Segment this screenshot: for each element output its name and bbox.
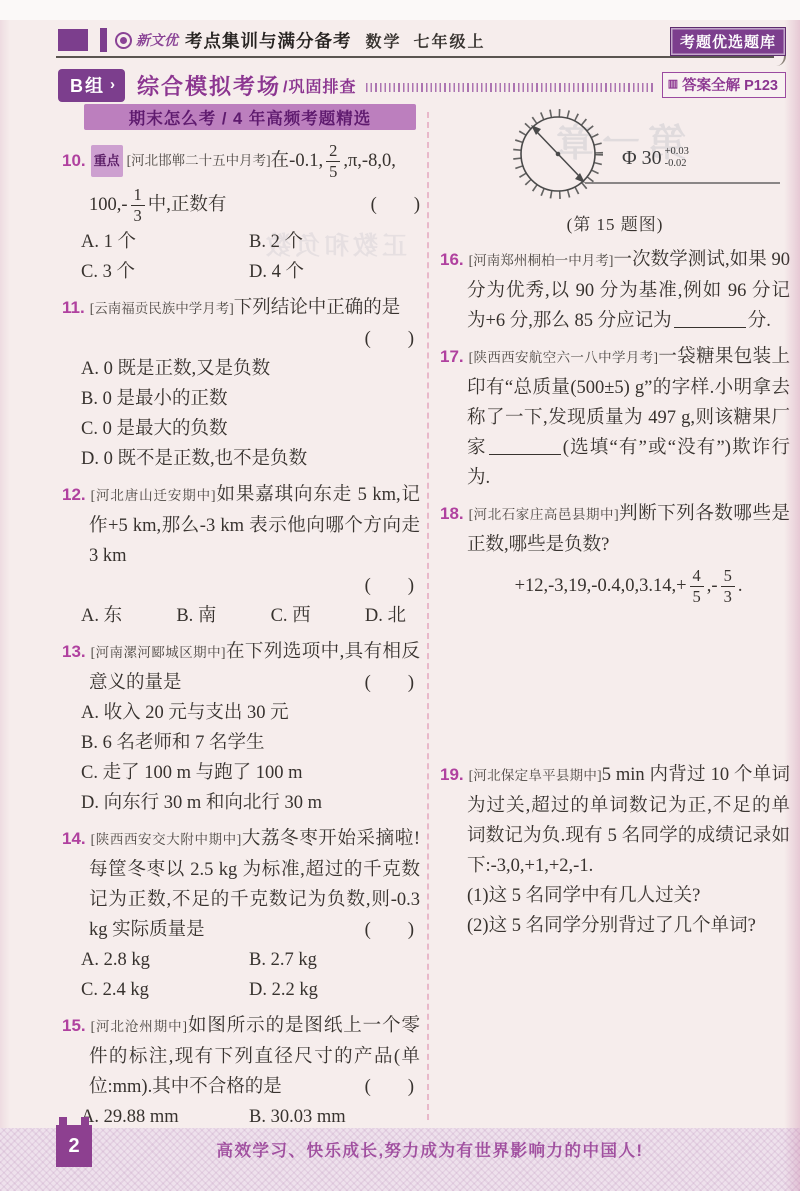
option: A. 1 个 xyxy=(81,227,249,257)
chevron-right-icon: › xyxy=(110,76,115,93)
math-text: ,- xyxy=(707,571,718,601)
question-source: [陕西西安交大附中期中] xyxy=(91,832,242,847)
question-text: 10. 重点 [河北邯郸二十五中月考] 在-0.1, 25 ,π,-8,0, xyxy=(89,139,420,183)
option: C. 西 xyxy=(271,601,311,631)
question-number: 10. xyxy=(62,146,86,176)
option: B. 6 名老师和 7 名学生 xyxy=(81,728,420,758)
brand-logo-icon xyxy=(115,32,132,49)
answer-paren: ( ) xyxy=(365,668,420,698)
fraction: 13 xyxy=(131,186,145,224)
option: A. 0 既是正数,又是负数 xyxy=(81,354,420,384)
question-16: 16.[河南郑州桐柏一中月考]一次数学测试,如果 90 分为优秀,以 90 分为… xyxy=(440,245,790,336)
math-text: . xyxy=(738,571,743,601)
section-title: 综合模拟考场 xyxy=(137,70,281,101)
option: A. 2.8 kg xyxy=(81,945,249,975)
option: D. 向东行 30 m 和向北行 30 m xyxy=(81,788,420,818)
option: C. 0 是最大的负数 xyxy=(81,414,420,444)
answer-paren: ( ) xyxy=(365,1072,420,1102)
grade-label: 七年级上 xyxy=(414,29,486,52)
option: A. 东 xyxy=(81,601,122,631)
options: A. 东 B. 南 C. 西 D. 北 xyxy=(81,601,420,631)
question-text: 17.[陕西西安航空六一八中学月考]一袋糖果包装上印有“总质量(500±5) g… xyxy=(467,342,790,493)
options: A. 收入 20 元与支出 30 元 B. 6 名老师和 7 名学生 C. 走了… xyxy=(81,698,420,818)
options: A. 2.8 kg B. 2.7 kg C. 2.4 kg D. 2.2 kg xyxy=(81,945,420,1005)
page-top-margin xyxy=(0,0,800,20)
exam-topic-bar: 期末怎么考 / 4 年高频考题精选 xyxy=(84,104,416,130)
question-number: 12. xyxy=(62,485,86,504)
options: A. 1 个 B. 2 个 C. 3 个 D. 4 个 xyxy=(81,227,420,287)
left-column: 10. 重点 [河北邯郸二十五中月考] 在-0.1, 25 ,π,-8,0, 1… xyxy=(62,139,420,1168)
question-source: [河北沧州期中] xyxy=(91,1019,187,1034)
question-text: 18.[河北石家庄高邑县期中]判断下列各数哪些是正数,哪些是负数? xyxy=(467,499,790,560)
question-10: 10. 重点 [河北邯郸二十五中月考] 在-0.1, 25 ,π,-8,0, 1… xyxy=(62,139,420,287)
question-body: 下列结论中正确的是 xyxy=(234,298,401,318)
question-number: 19. xyxy=(440,765,464,784)
question-body: 中,正数有 xyxy=(148,190,227,220)
diameter-value: Φ 30 xyxy=(622,147,662,170)
page-header: 新文优 考点集训与满分备考 数学 七年级上 考题优选题库 xyxy=(58,27,786,53)
question-number: 16. xyxy=(440,250,464,269)
diameter-label: Φ 30 +0.03 -0.02 xyxy=(622,146,689,170)
corner-badge: 考题优选题库 xyxy=(670,27,786,56)
question-source: [云南福贡民族中学月考] xyxy=(90,301,234,316)
number-list: +12,-3,19,-0.4,0,3.14,+ 45 ,- 53 . xyxy=(467,560,790,612)
question-body: 在-0.1, xyxy=(271,146,323,176)
key-point-badge: 重点 xyxy=(91,145,123,177)
sub-question: (1)这 5 名同学中有几人过关? xyxy=(467,881,790,911)
section-subtitle: /巩固排查 xyxy=(283,74,356,97)
footer-slogan: 高效学习、快乐成长,努力成为有世界影响力的中国人! xyxy=(60,1137,800,1161)
option: C. 2.4 kg xyxy=(81,975,249,1005)
question-source: [河北唐山迁安期中] xyxy=(91,488,216,503)
fraction: 25 xyxy=(326,142,340,180)
question-text: 12.[河北唐山迁安期中]如果嘉琪向东走 5 km,记作+5 km,那么-3 k… xyxy=(89,480,420,571)
option: B. 南 xyxy=(176,601,216,631)
answer-ref-label: 答案全解 P123 xyxy=(682,74,778,95)
question-text: 100,- 13 中,正数有 ( ) xyxy=(89,183,420,227)
question-11: 11.[云南福贡民族中学月考]下列结论中正确的是 ( ) A. 0 既是正数,又… xyxy=(62,293,420,474)
answer-blank xyxy=(674,313,746,328)
subject-label: 数学 xyxy=(366,29,402,52)
tolerance-lower: -0.02 xyxy=(665,158,689,170)
tolerance-upper: +0.03 xyxy=(665,146,689,158)
fraction: 45 xyxy=(690,567,704,605)
question-18: 18.[河北石家庄高邑县期中]判断下列各数哪些是正数,哪些是负数? +12,-3… xyxy=(440,499,790,612)
section-header: B组 › 综合模拟考场 /巩固排查 ▥ 答案全解 P123 xyxy=(58,69,786,101)
tolerance-values: +0.03 -0.02 xyxy=(665,146,689,170)
header-rule xyxy=(56,56,774,58)
option: D. 北 xyxy=(365,601,406,631)
answer-reference-box: ▥ 答案全解 P123 xyxy=(662,72,786,98)
question-body: 100,- xyxy=(89,190,128,220)
question-text: 11.[云南福贡民族中学月考]下列结论中正确的是 xyxy=(89,293,420,324)
option: C. 3 个 xyxy=(81,257,249,287)
answer-paren: ( ) xyxy=(371,190,420,220)
page-footer: 2 高效学习、快乐成长,努力成为有世界影响力的中国人! xyxy=(0,1128,800,1191)
answer-paren: ( ) xyxy=(89,324,420,354)
question-text: 19.[河北保定阜平县期中]5 min 内背过 10 个单词为过关,超过的单词数… xyxy=(467,760,790,881)
question-number: 11. xyxy=(62,298,85,317)
figure-caption: (第 15 题图) xyxy=(440,210,790,235)
options: A. 0 既是正数,又是负数 B. 0 是最小的正数 C. 0 是最大的负数 D… xyxy=(81,354,420,474)
question-source: [河北保定阜平县期中] xyxy=(469,768,602,783)
part-diameter-figure: Φ 30 +0.03 -0.02 xyxy=(440,100,788,208)
question-17: 17.[陕西西安航空六一八中学月考]一袋糖果包装上印有“总质量(500±5) g… xyxy=(440,342,790,493)
page-edge-shading-right xyxy=(784,20,800,1191)
fraction: 53 xyxy=(721,567,735,605)
question-text: 16.[河南郑州桐柏一中月考]一次数学测试,如果 90 分为优秀,以 90 分为… xyxy=(467,245,790,336)
header-square-decoration xyxy=(58,29,88,51)
option: B. 0 是最小的正数 xyxy=(81,384,420,414)
question-body: 分. xyxy=(748,311,771,331)
question-source: [河北石家庄高邑县期中] xyxy=(469,507,619,522)
group-badge-label: B组 xyxy=(70,72,105,98)
question-source: [河北邯郸二十五中月考] xyxy=(127,146,271,176)
group-badge: B组 › xyxy=(58,69,125,102)
question-number: 15. xyxy=(62,1016,86,1035)
option: D. 2.2 kg xyxy=(249,975,420,1005)
option: B. 2.7 kg xyxy=(249,945,420,975)
question-source: [河南漯河郾城区期中] xyxy=(91,645,226,660)
question-text: 13.[河南漯河郾城区期中]在下列选项中,具有相反意义的量是( ) xyxy=(89,637,420,698)
question-source: [河南郑州桐柏一中月考] xyxy=(469,253,614,268)
math-text: +12,-3,19,-0.4,0,3.14,+ xyxy=(515,571,687,601)
question-12: 12.[河北唐山迁安期中]如果嘉琪向东走 5 km,记作+5 km,那么-3 k… xyxy=(62,480,420,631)
option: D. 4 个 xyxy=(249,257,420,287)
question-text: 14.[陕西西安交大附中期中]大荔冬枣开始采摘啦! 每筐冬枣以 2.5 kg 为… xyxy=(89,824,420,945)
right-column: Φ 30 +0.03 -0.02 (第 15 题图) 16.[河南郑州桐柏一中月… xyxy=(440,100,790,947)
workbook-page: 新文优 考点集训与满分备考 数学 七年级上 考题优选题库 B组 › 综合模拟考场… xyxy=(0,0,800,1191)
sub-question: (2)这 5 名同学分别背过了几个单词? xyxy=(467,911,790,941)
brand-name: 新文优 xyxy=(136,30,178,50)
question-text: 15.[河北沧州期中]如图所示的是图纸上一个零件的标注,现有下列直径尺寸的产品(… xyxy=(89,1011,420,1102)
column-divider xyxy=(427,112,429,1120)
option: A. 收入 20 元与支出 30 元 xyxy=(81,698,420,728)
series-title: 考点集训与满分备考 xyxy=(185,28,352,53)
question-13: 13.[河南漯河郾城区期中]在下列选项中,具有相反意义的量是( ) A. 收入 … xyxy=(62,637,420,818)
question-19: 19.[河北保定阜平县期中]5 min 内背过 10 个单词为过关,超过的单词数… xyxy=(440,760,790,941)
question-number: 13. xyxy=(62,642,86,661)
circle-diagram xyxy=(440,100,788,208)
question-number: 18. xyxy=(440,504,464,523)
answer-paren: ( ) xyxy=(365,915,420,945)
option: B. 2 个 xyxy=(249,227,420,257)
page-edge-shading-left xyxy=(0,20,10,1191)
option: D. 0 既不是正数,也不是负数 xyxy=(81,444,420,474)
question-number: 17. xyxy=(440,347,464,366)
header-bar-decoration xyxy=(100,28,107,52)
question-body: ,π,-8,0, xyxy=(343,146,396,176)
dotted-leader xyxy=(366,83,653,92)
question-14: 14.[陕西西安交大附中期中]大荔冬枣开始采摘啦! 每筐冬枣以 2.5 kg 为… xyxy=(62,824,420,1005)
answer-paren: ( ) xyxy=(89,571,420,601)
answer-blank xyxy=(489,440,561,455)
grid-icon: ▥ xyxy=(668,79,678,90)
question-source: [陕西西安航空六一八中学月考] xyxy=(469,350,658,365)
option: C. 走了 100 m 与跑了 100 m xyxy=(81,758,420,788)
question-number: 14. xyxy=(62,829,86,848)
